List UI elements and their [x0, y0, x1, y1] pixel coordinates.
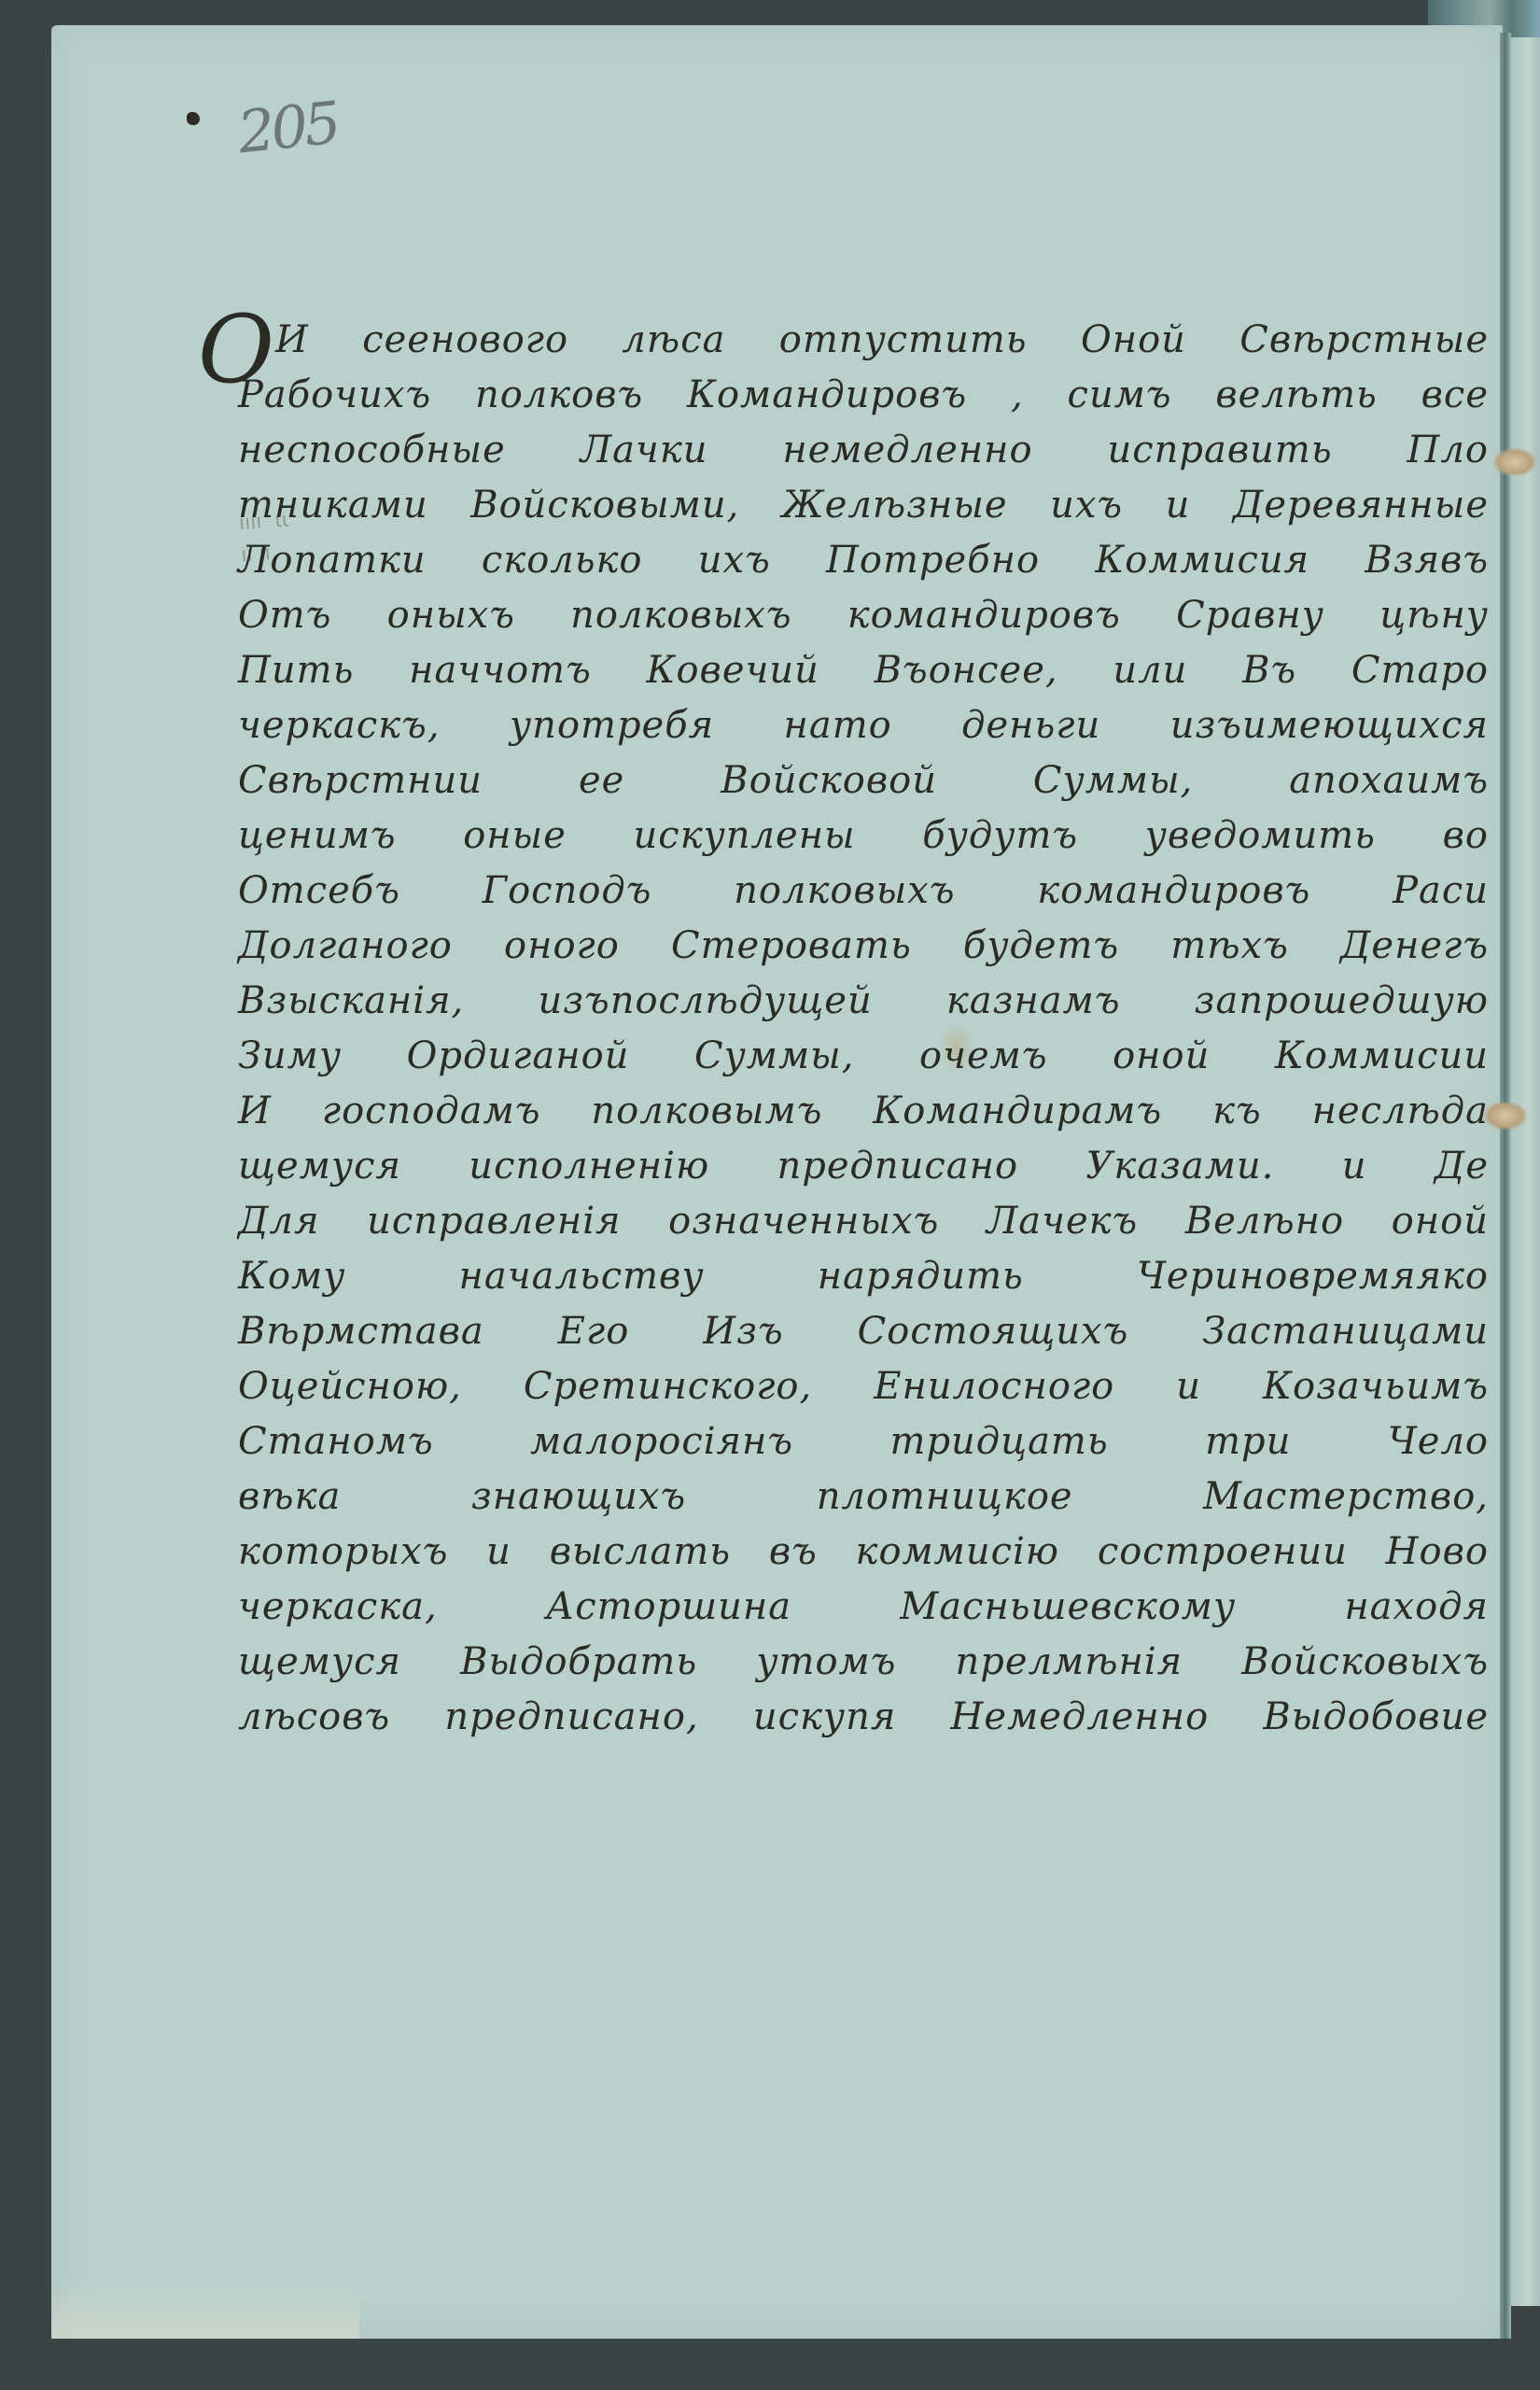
- text-line: Лопатки сколько ихъ Потребно Коммисия Вз…: [238, 533, 1489, 588]
- text-line: Рабочихъ полковъ Командировъ , симъ велѣ…: [238, 368, 1489, 423]
- text-line: И сеенового лѣса отпустить Оной Свѣрстны…: [238, 313, 1489, 368]
- page-number: 205: [234, 89, 340, 167]
- text-line: Кому начальству нарядить Чериновремяяко: [238, 1249, 1489, 1304]
- text-line: щемуся Выдобрать утомъ прелмѣнія Войсков…: [238, 1635, 1489, 1690]
- binding-spine: [1500, 33, 1511, 2339]
- text-line: И господамъ полковымъ Командирамъ къ нес…: [238, 1084, 1489, 1139]
- text-line: Станомъ малоросіянъ тридцать три Чело: [238, 1414, 1489, 1469]
- text-line: Отъ оныхъ полковыхъ командировъ Сравну ц…: [238, 588, 1489, 643]
- text-line: Вѣрмстава Его Изъ Состоящихъ Застаницами: [238, 1304, 1489, 1359]
- adjacent-page-edge: [1511, 37, 1540, 2306]
- text-line: Пить наччотъ Ковечий Въонсее, или Въ Ста…: [238, 643, 1489, 698]
- manuscript-text-body: И сеенового лѣса отпустить Оной Свѣрстны…: [238, 313, 1489, 1745]
- text-line: Для исправленія означенныхъ Лачекъ Велѣн…: [238, 1194, 1489, 1249]
- text-line: Зиму Ордиганой Суммы, очемъ оной Коммиси…: [238, 1029, 1489, 1084]
- text-line: черкаскъ, употребя нато деньги изъимеющи…: [238, 698, 1489, 753]
- text-line: тниками Войсковыми, Желѣзные ихъ и Дерев…: [238, 478, 1489, 533]
- text-line: щемуся исполненію предписано Указами. и …: [238, 1139, 1489, 1194]
- binding-thread-knot: [1493, 448, 1536, 476]
- text-line: Взысканія, изъпослѣдущей казнамъ запроше…: [238, 974, 1489, 1029]
- text-line: Оцейсною, Сретинского, Енилосного и Коза…: [238, 1359, 1489, 1414]
- text-line: Свѣрстнии ее Войсковой Суммы, апохаимъ: [238, 753, 1489, 808]
- ink-blot: [187, 112, 200, 125]
- binding-thread-knot: [1484, 1102, 1527, 1130]
- text-line: лѣсовъ предписано, искупя Немедленно Выд…: [238, 1690, 1489, 1745]
- text-line: ценимъ оные искуплены будутъ уведомить в…: [238, 808, 1489, 864]
- text-line: Отсебъ Господъ полковыхъ командировъ Рас…: [238, 864, 1489, 919]
- text-line: которыхъ и выслать въ коммисію состроени…: [238, 1525, 1489, 1580]
- text-line: черкаска, Асторшина Масньшевскому находя: [238, 1580, 1489, 1635]
- text-line: неспособные Лачки немедленно исправить П…: [238, 423, 1489, 478]
- text-line: вѣка знающихъ плотницкое Мастерство,: [238, 1469, 1489, 1525]
- text-line: Долганого оного Стеровать будетъ тѣхъ Де…: [238, 919, 1489, 974]
